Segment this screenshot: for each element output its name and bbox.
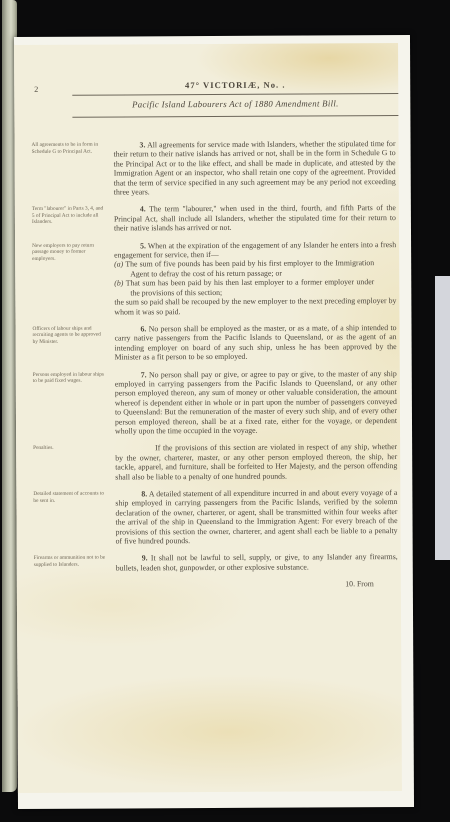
section-body: 4. The term "labourer," when used in the… bbox=[114, 203, 396, 233]
catchword: 10. From bbox=[34, 579, 398, 590]
section-body: 7. No person shall pay or give, or agree… bbox=[115, 369, 397, 436]
section-text: The term "labourer," when used in the th… bbox=[114, 203, 396, 232]
section-number: 3. bbox=[140, 140, 146, 149]
clause-b: (b) That sum has been paid by his then l… bbox=[114, 277, 374, 297]
section-body: 3. All agreements for service made with … bbox=[114, 139, 396, 197]
section-number: 9. bbox=[142, 554, 148, 563]
clause-label: (b) bbox=[114, 279, 123, 288]
act-section-4: Term "labourer" in Parts 3, 4, and 5 of … bbox=[32, 203, 396, 233]
section-text: It shall not be lawful to sell, supply, … bbox=[116, 552, 398, 572]
section-text: If the provisions of this section are vi… bbox=[115, 442, 397, 481]
section-closing-text: the sum so paid shall be recouped by the… bbox=[114, 296, 396, 316]
section-number: 7. bbox=[141, 370, 147, 379]
margin-note: Penalties. bbox=[33, 444, 115, 482]
section-number: 4. bbox=[140, 205, 146, 214]
margin-note: All agreements to be in form in Schedule… bbox=[32, 141, 114, 198]
section-number: 6. bbox=[140, 324, 146, 333]
act-section-8: Detailed statement of accounts to be sen… bbox=[33, 488, 397, 546]
section-number: 5. bbox=[140, 241, 146, 250]
act-section-6: Officers of labour ships and recruiting … bbox=[32, 323, 396, 363]
section-body: 5. When at the expiration of the engagem… bbox=[114, 240, 396, 317]
regnal-header: 47° VICTORIÆ, No. . bbox=[72, 79, 398, 91]
page-stack: 2 47° VICTORIÆ, No. . Pacific Island Lab… bbox=[14, 35, 414, 809]
section-text: No person shall pay or give, or agree to… bbox=[115, 369, 397, 436]
section-text: All agreements for service made with Isl… bbox=[114, 139, 396, 197]
margin-note: Officers of labour ships and recruiting … bbox=[32, 324, 114, 362]
margin-note: Term "labourer" in Parts 3, 4, and 5 of … bbox=[32, 205, 114, 234]
scanned-document-photo: { "colors": { "background": "#0b0b0c", "… bbox=[0, 0, 450, 822]
section-text: When at the expiration of the engagement… bbox=[114, 240, 396, 260]
document-page: 2 47° VICTORIÆ, No. . Pacific Island Lab… bbox=[14, 43, 402, 793]
clause-label: (a) bbox=[114, 260, 123, 269]
margin-note: Persons employed in labour ships to be p… bbox=[33, 370, 115, 436]
act-section-7: Persons employed in labour ships to be p… bbox=[33, 369, 397, 437]
section-body: 6. No person shall be employed as the ma… bbox=[114, 323, 396, 362]
clause-a: (a) The sum of five pounds has been paid… bbox=[114, 259, 374, 279]
section-body: 8. A detailed statement of all expenditu… bbox=[115, 488, 397, 546]
act-section-3: All agreements to be in form in Schedule… bbox=[32, 139, 396, 197]
page-number: 2 bbox=[34, 85, 38, 94]
section-text: A detailed statement of all expenditure … bbox=[115, 488, 397, 546]
document-title: Pacific Island Labourers Act of 1880 Ame… bbox=[72, 94, 398, 113]
act-section-7-penalties: Penalties. If the provisions of this sec… bbox=[33, 442, 397, 482]
margin-note: New employers to pay return passage mone… bbox=[32, 241, 114, 317]
act-section-9: Firearms or ammunition not to be supplie… bbox=[34, 552, 398, 573]
section-body: If the provisions of this section are vi… bbox=[115, 442, 397, 481]
margin-note: Detailed statement of accounts to be sen… bbox=[33, 490, 115, 547]
section-body: 9. It shall not be lawful to sell, suppl… bbox=[116, 552, 398, 572]
title-rule bbox=[72, 115, 398, 118]
section-number: 8. bbox=[141, 489, 147, 498]
section-text: No person shall be employed as the maste… bbox=[115, 323, 397, 362]
act-section-5: New employers to pay return passage mone… bbox=[32, 240, 396, 317]
margin-note: Firearms or ammunition not to be supplie… bbox=[34, 554, 116, 573]
clause-text: That sum has been paid by his then last … bbox=[126, 277, 375, 297]
scan-reference-card bbox=[435, 276, 450, 560]
page-header: 47° VICTORIÆ, No. . Pacific Island Labou… bbox=[72, 79, 398, 118]
act-sections: All agreements to be in form in Schedule… bbox=[32, 139, 398, 590]
clause-text: The sum of five pounds has been paid by … bbox=[125, 259, 374, 279]
